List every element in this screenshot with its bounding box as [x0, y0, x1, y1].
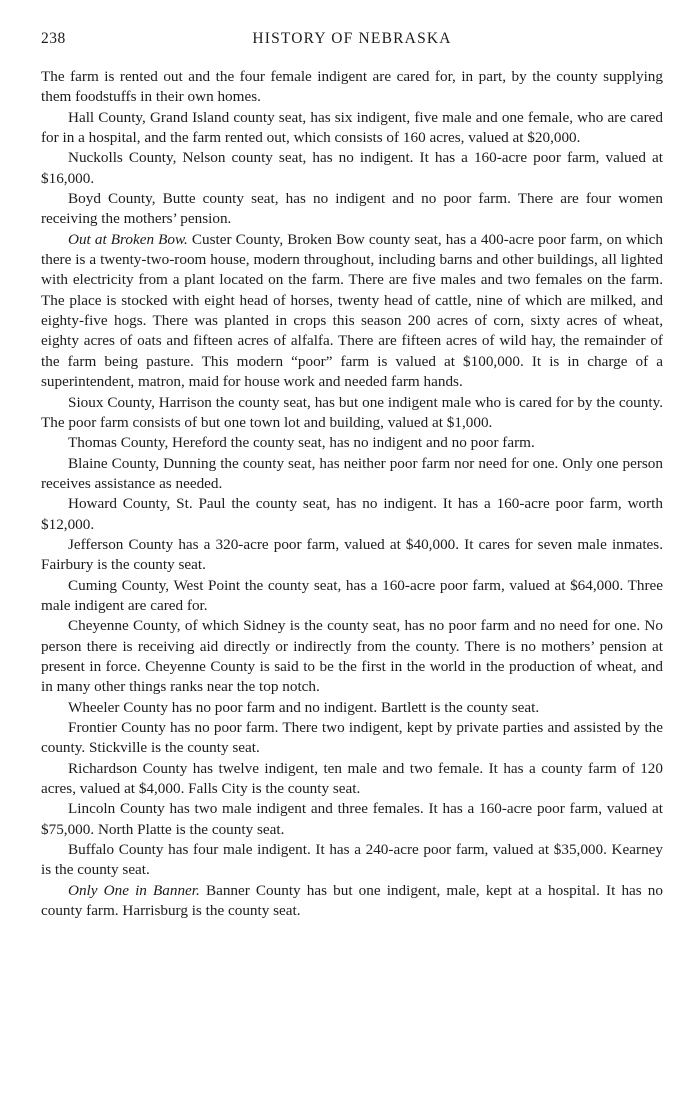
paragraph-text: Nuckolls County, Nelson county seat, has…	[41, 149, 663, 186]
paragraph-text: Sioux County, Harrison the county seat, …	[41, 394, 663, 431]
paragraph: Only One in Banner. Banner County has bu…	[41, 881, 663, 922]
paragraph: Nuckolls County, Nelson county seat, has…	[41, 148, 663, 189]
paragraph-text: Cheyenne County, of which Sidney is the …	[41, 617, 663, 695]
paragraph: Out at Broken Bow. Custer County, Broken…	[41, 230, 663, 393]
paragraph-text: Boyd County, Butte county seat, has no i…	[41, 190, 663, 227]
paragraph: Richardson County has twelve indigent, t…	[41, 759, 663, 800]
page-header: 238 HISTORY OF NEBRASKA	[41, 30, 663, 52]
paragraph: Blaine County, Dunning the county seat, …	[41, 454, 663, 495]
paragraph-text: Blaine County, Dunning the county seat, …	[41, 455, 663, 492]
paragraph-text: Hall County, Grand Island county seat, h…	[41, 109, 663, 146]
paragraph: The farm is rented out and the four fema…	[41, 67, 663, 108]
page-body: The farm is rented out and the four fema…	[41, 67, 663, 921]
paragraph: Thomas County, Hereford the county seat,…	[41, 433, 663, 453]
paragraph-text: Thomas County, Hereford the county seat,…	[68, 434, 535, 451]
paragraph: Cheyenne County, of which Sidney is the …	[41, 616, 663, 697]
paragraph-text: Jefferson County has a 320-acre poor far…	[41, 536, 663, 573]
paragraph: Jefferson County has a 320-acre poor far…	[41, 535, 663, 576]
paragraph: Sioux County, Harrison the county seat, …	[41, 393, 663, 434]
paragraph-text: Lincoln County has two male indigent and…	[41, 800, 663, 837]
paragraph-text: Howard County, St. Paul the county seat,…	[41, 495, 663, 532]
paragraph-text: Custer County, Broken Bow county seat, h…	[41, 231, 663, 390]
paragraph-text: Frontier County has no poor farm. There …	[41, 719, 663, 756]
paragraph-text: Buffalo County has four male indigent. I…	[41, 841, 663, 878]
paragraph: Frontier County has no poor farm. There …	[41, 718, 663, 759]
sidehead: Only One in Banner.	[68, 882, 200, 899]
paragraph-text: Wheeler County has no poor farm and no i…	[68, 699, 539, 716]
sidehead: Out at Broken Bow.	[68, 231, 188, 248]
book-page: 238 HISTORY OF NEBRASKA The farm is rent…	[41, 30, 663, 921]
paragraph: Howard County, St. Paul the county seat,…	[41, 494, 663, 535]
paragraph-text: Richardson County has twelve indigent, t…	[41, 760, 663, 797]
paragraph: Cuming County, West Point the county sea…	[41, 576, 663, 617]
paragraph: Buffalo County has four male indigent. I…	[41, 840, 663, 881]
paragraph: Wheeler County has no poor farm and no i…	[41, 698, 663, 718]
paragraph-text: The farm is rented out and the four fema…	[41, 68, 663, 105]
paragraph-text: Cuming County, West Point the county sea…	[41, 577, 663, 614]
paragraph: Hall County, Grand Island county seat, h…	[41, 108, 663, 149]
running-title: HISTORY OF NEBRASKA	[41, 30, 663, 48]
paragraph: Boyd County, Butte county seat, has no i…	[41, 189, 663, 230]
paragraph: Lincoln County has two male indigent and…	[41, 799, 663, 840]
